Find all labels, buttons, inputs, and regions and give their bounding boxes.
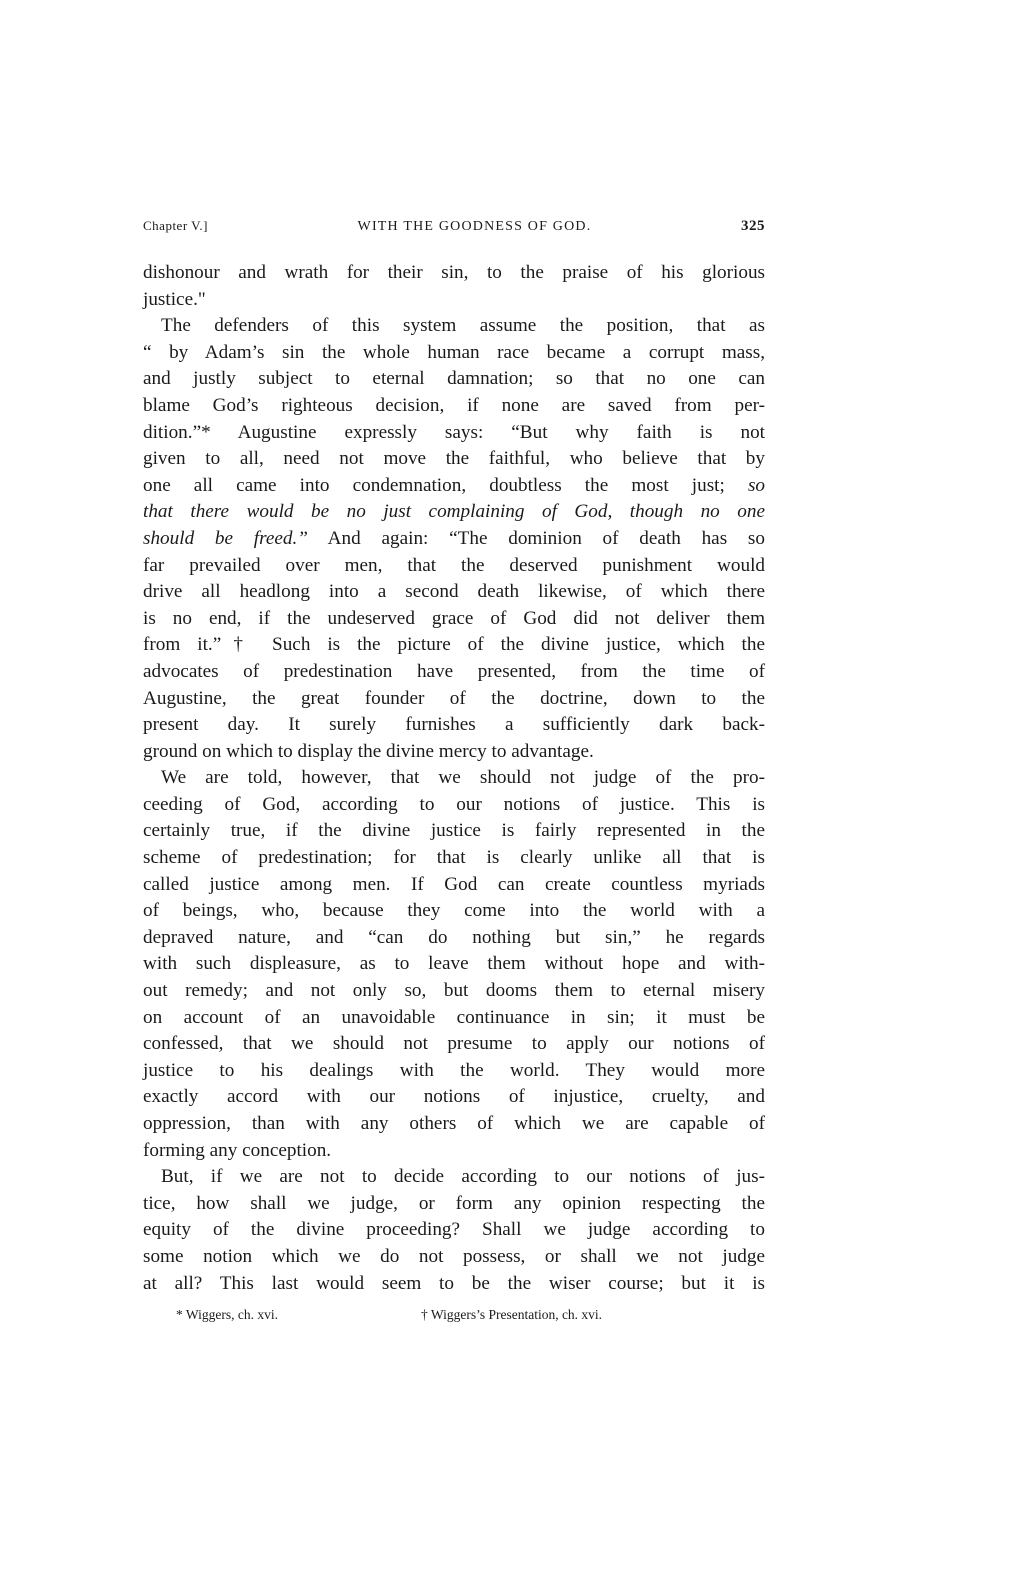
text-line: scheme of predestination; for that is cl… (143, 845, 765, 872)
italic-text: that there would be no just complaining … (143, 501, 765, 522)
text-line: is no end, if the undeserved grace of Go… (143, 606, 765, 633)
line-text: equity of the divine proceeding? Shall w… (143, 1219, 765, 1240)
line-text: justice." (143, 289, 206, 310)
text-line: with such displeasure, as to leave them … (143, 951, 765, 978)
line-text: present day. It surely furnishes a suffi… (143, 714, 765, 735)
text-line: The defenders of this system assume the … (143, 313, 765, 340)
line-text: called justice among men. If God can cre… (143, 874, 765, 895)
line-text: drive all headlong into a second death l… (143, 581, 765, 602)
line-text: of beings, who, because they come into t… (143, 900, 765, 921)
chapter-label: Chapter V.] (143, 218, 208, 234)
line-text: And again: “The dominion of death has so (308, 528, 765, 549)
text-line: from it.”† Such is the picture of the di… (143, 632, 765, 659)
text-line: present day. It surely furnishes a suffi… (143, 712, 765, 739)
line-text: “ by Adam’s sin the whole human race bec… (143, 342, 765, 363)
text-line: that there would be no just complaining … (143, 499, 765, 526)
line-text: at all? This last would seem to be the w… (143, 1273, 765, 1294)
line-text: advocates of predestination have present… (143, 661, 765, 682)
line-text: dition.”* Augustine expressly says: “But… (143, 422, 765, 443)
line-text: oppression, than with any others of whic… (143, 1113, 765, 1134)
line-text: ground on which to display the divine me… (143, 741, 594, 762)
line-text: some notion which we do not possess, or … (143, 1246, 765, 1267)
line-text: and justly subject to eternal damnation;… (143, 368, 765, 389)
text-line: ceeding of God, according to our notions… (143, 792, 765, 819)
italic-text: should be freed.” (143, 528, 308, 549)
footnote-1: * Wiggers, ch. xvi. (176, 1307, 421, 1323)
line-text: dishonour and wrath for their sin, to th… (143, 262, 765, 283)
line-text: forming any conception. (143, 1140, 331, 1161)
line-text: confessed, that we should not presume to… (143, 1033, 765, 1054)
text-line: justice to his dealings with the world. … (143, 1058, 765, 1085)
line-text: depraved nature, and “can do nothing but… (143, 927, 765, 948)
running-title: WITH THE GOODNESS OF GOD. (358, 219, 592, 235)
line-text: is no end, if the undeserved grace of Go… (143, 608, 765, 629)
text-line: But, if we are not to decide according t… (143, 1164, 765, 1191)
line-text: on account of an unavoidable continuance… (143, 1007, 765, 1028)
text-line: Augustine, the great founder of the doct… (143, 686, 765, 713)
text-line: confessed, that we should not presume to… (143, 1031, 765, 1058)
line-text: scheme of predestination; for that is cl… (143, 847, 765, 868)
line-text: certainly true, if the divine justice is… (143, 820, 765, 841)
text-line: tice, how shall we judge, or form any op… (143, 1191, 765, 1218)
line-text: with such displeasure, as to leave them … (143, 953, 765, 974)
text-line: and justly subject to eternal damnation;… (143, 366, 765, 393)
text-line: ground on which to display the divine me… (143, 739, 765, 766)
text-line: at all? This last would seem to be the w… (143, 1271, 765, 1298)
line-text: tice, how shall we judge, or form any op… (143, 1193, 765, 1214)
running-head: Chapter V.] WITH THE GOODNESS OF GOD. 32… (143, 218, 765, 240)
text-line: “ by Adam’s sin the whole human race bec… (143, 340, 765, 367)
line-text: far prevailed over men, that the deserve… (143, 555, 765, 576)
body-text: dishonour and wrath for their sin, to th… (143, 260, 765, 1297)
line-text: Augustine, the great founder of the doct… (143, 688, 765, 709)
text-line: dishonour and wrath for their sin, to th… (143, 260, 765, 287)
line-text: But, if we are not to decide according t… (161, 1166, 765, 1187)
text-line: some notion which we do not possess, or … (143, 1244, 765, 1271)
text-line: drive all headlong into a second death l… (143, 579, 765, 606)
line-text: We are told, however, that we should not… (161, 767, 765, 788)
line-text: given to all, need not move the faithful… (143, 448, 765, 469)
italic-text: so (748, 475, 765, 496)
text-line: advocates of predestination have present… (143, 659, 765, 686)
text-line: on account of an unavoidable continuance… (143, 1005, 765, 1032)
footnotes: * Wiggers, ch. xvi. † Wiggers’s Presenta… (143, 1307, 765, 1323)
line-text: justice to his dealings with the world. … (143, 1060, 765, 1081)
line-text: from it.”† Such is the picture of the di… (143, 634, 765, 655)
text-line: justice." (143, 287, 765, 314)
text-line: given to all, need not move the faithful… (143, 446, 765, 473)
text-line: far prevailed over men, that the deserve… (143, 553, 765, 580)
line-text: The defenders of this system assume the … (161, 315, 765, 336)
text-line: depraved nature, and “can do nothing but… (143, 925, 765, 952)
book-page: Chapter V.] WITH THE GOODNESS OF GOD. 32… (143, 218, 765, 1323)
line-text: ceeding of God, according to our notions… (143, 794, 765, 815)
page-number: 325 (741, 218, 765, 235)
text-line: of beings, who, because they come into t… (143, 898, 765, 925)
text-line: one all came into condemnation, doubtles… (143, 473, 765, 500)
text-line: certainly true, if the divine justice is… (143, 818, 765, 845)
text-line: forming any conception. (143, 1138, 765, 1165)
text-line: should be freed.” And again: “The domini… (143, 526, 765, 553)
line-text: out remedy; and not only so, but dooms t… (143, 980, 765, 1001)
text-line: exactly accord with our notions of injus… (143, 1084, 765, 1111)
line-text: one all came into condemnation, doubtles… (143, 475, 748, 496)
text-line: We are told, however, that we should not… (143, 765, 765, 792)
text-line: equity of the divine proceeding? Shall w… (143, 1217, 765, 1244)
text-line: blame God’s righteous decision, if none … (143, 393, 765, 420)
text-line: called justice among men. If God can cre… (143, 872, 765, 899)
line-text: blame God’s righteous decision, if none … (143, 395, 765, 416)
text-line: oppression, than with any others of whic… (143, 1111, 765, 1138)
line-text: exactly accord with our notions of injus… (143, 1086, 765, 1107)
footnote-2: † Wiggers’s Presentation, ch. xvi. (421, 1307, 602, 1323)
text-line: out remedy; and not only so, but dooms t… (143, 978, 765, 1005)
text-line: dition.”* Augustine expressly says: “But… (143, 420, 765, 447)
